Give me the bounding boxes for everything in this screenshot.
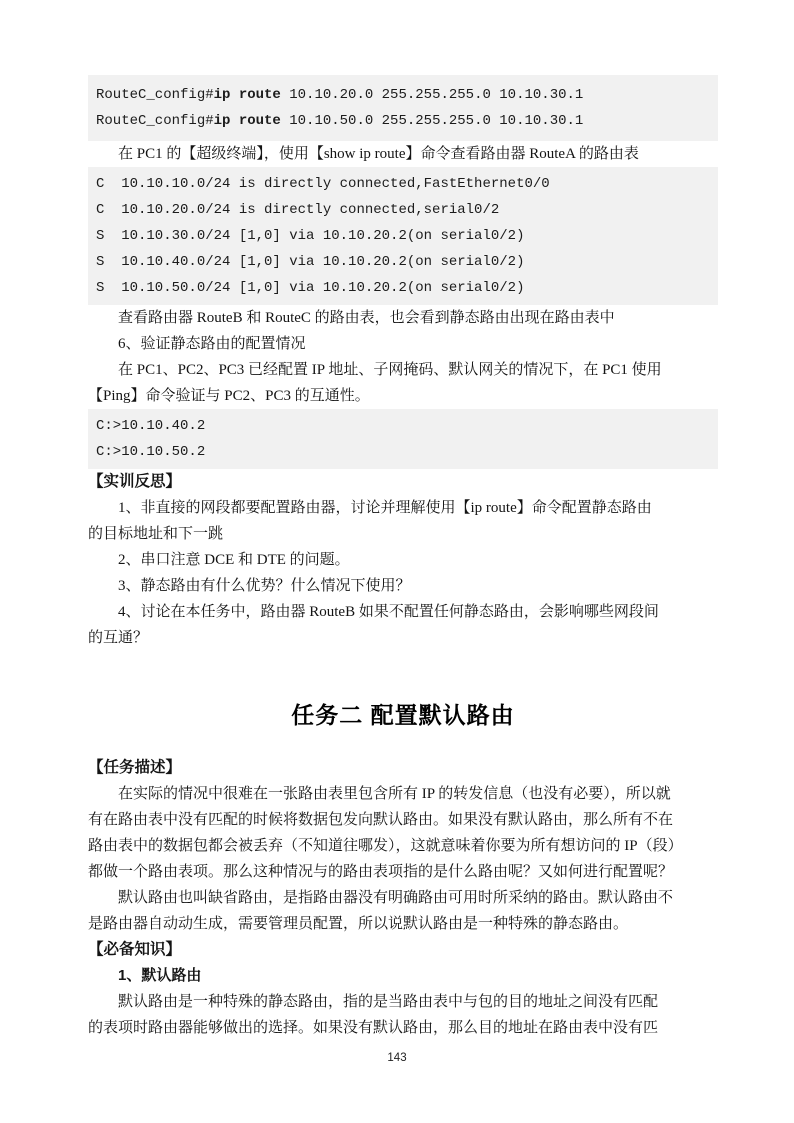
code-prompt: RouteC_config# <box>96 113 214 129</box>
route-entry: S 10.10.30.0/24 [1,0] via 10.10.20.2(on … <box>96 223 710 249</box>
paragraph-line: 1、非直接的网段都要配置路由器，讨论并理解使用【ip route】命令配置静态路… <box>88 495 718 521</box>
reflection-item-1: 1、非直接的网段都要配置路由器，讨论并理解使用【ip route】命令配置静态路… <box>88 495 718 547</box>
task-description-heading: 【任务描述】 <box>88 755 718 781</box>
paragraph-line: 默认路由也叫缺省路由，是指路由器没有明确路由可用时所采纳的路由。默认路由不 <box>88 885 718 911</box>
reflection-item-2: 2、串口注意 DCE 和 DTE 的问题。 <box>88 547 718 573</box>
code-line-ip-route-1: RouteC_config#ip route 10.10.20.0 255.25… <box>96 82 710 108</box>
paragraph-line: 路由表中的数据包都会被丢弃（不知道往哪发），这就意味着你要为所有想访问的 IP（… <box>88 833 718 859</box>
reflection-item-3: 3、静态路由有什么优势？什么情况下使用？ <box>88 573 718 599</box>
reflection-heading: 【实训反思】 <box>88 469 718 495</box>
route-entry: C 10.10.20.0/24 is directly connected,se… <box>96 197 710 223</box>
ping-command: C:>10.10.50.2 <box>96 439 710 465</box>
knowledge-subheading-default-route: 1、默认路由 <box>88 963 718 989</box>
paragraph-line: 的表项时路由器能够做出的选择。如果没有默认路由，那么目的地址在路由表中没有匹 <box>88 1015 718 1041</box>
code-args: 10.10.50.0 255.255.255.0 10.10.30.1 <box>281 113 583 129</box>
route-entry: S 10.10.50.0/24 [1,0] via 10.10.20.2(on … <box>96 275 710 301</box>
routing-table-code-block: C 10.10.10.0/24 is directly connected,Fa… <box>88 167 718 305</box>
page-content: RouteC_config#ip route 10.10.20.0 255.25… <box>88 75 718 1041</box>
paragraph-line: 的互通？ <box>88 625 718 651</box>
paragraph-line: 的目标地址和下一跳 <box>88 521 718 547</box>
paragraph-line: 是路由器自动动生成，需要管理员配置，所以说默认路由是一种特殊的静态路由。 <box>88 911 718 937</box>
reflection-item-4: 4、讨论在本任务中，路由器 RouteB 如果不配置任何静态路由，会影响哪些网段… <box>88 599 718 651</box>
paragraph-view-routers: 查看路由器 RouteB 和 RouteC 的路由表，也会看到静态路由出现在路由… <box>88 305 718 331</box>
paragraph-line: 3、静态路由有什么优势？什么情况下使用？ <box>88 573 718 599</box>
task-description-paragraph-1: 在实际的情况中很难在一张路由表里包含所有 IP 的转发信息（也没有必要），所以就… <box>88 781 718 885</box>
router-config-code-block: RouteC_config#ip route 10.10.20.0 255.25… <box>88 75 718 141</box>
task-description-paragraph-2: 默认路由也叫缺省路由，是指路由器没有明确路由可用时所采纳的路由。默认路由不 是路… <box>88 885 718 937</box>
paragraph-show-ip-route: 在 PC1 的【超级终端】，使用【show ip route】命令查看路由器 R… <box>88 141 718 167</box>
code-prompt: RouteC_config# <box>96 87 214 103</box>
paragraph-line: 4、讨论在本任务中，路由器 RouteB 如果不配置任何静态路由，会影响哪些网段… <box>88 599 718 625</box>
route-entry: S 10.10.40.0/24 [1,0] via 10.10.20.2(on … <box>96 249 710 275</box>
code-command-bold: ip route <box>214 87 281 103</box>
route-entry: C 10.10.10.0/24 is directly connected,Fa… <box>96 171 710 197</box>
page-number: 143 <box>0 1052 794 1064</box>
code-args: 10.10.20.0 255.255.255.0 10.10.30.1 <box>281 87 583 103</box>
code-command-bold: ip route <box>214 113 281 129</box>
paragraph-line: 默认路由是一种特殊的静态路由，指的是当路由表中与包的目的地址之间没有匹配 <box>88 989 718 1015</box>
step6-title: 6、验证静态路由的配置情况 <box>88 331 718 357</box>
paragraph-line: 有在路由表中没有匹配的时候将数据包发向默认路由。如果没有默认路由，那么所有不在 <box>88 807 718 833</box>
knowledge-paragraph-1: 默认路由是一种特殊的静态路由，指的是当路由表中与包的目的地址之间没有匹配 的表项… <box>88 989 718 1041</box>
paragraph-line: 在 PC1、PC2、PC3 已经配置 IP 地址、子网掩码、默认网关的情况下，在… <box>88 357 718 383</box>
paragraph-line: 2、串口注意 DCE 和 DTE 的问题。 <box>88 547 718 573</box>
document-page: RouteC_config#ip route 10.10.20.0 255.25… <box>0 0 794 1123</box>
paragraph-line: 【Ping】命令验证与 PC2、PC3 的互通性。 <box>88 383 718 409</box>
paragraph-line: 都做一个路由表项。那么这种情况与的路由表项指的是什么路由呢？又如何进行配置呢？ <box>88 859 718 885</box>
paragraph-line: 在实际的情况中很难在一张路由表里包含所有 IP 的转发信息（也没有必要），所以就 <box>88 781 718 807</box>
paragraph-verify-connectivity: 在 PC1、PC2、PC3 已经配置 IP 地址、子网掩码、默认网关的情况下，在… <box>88 357 718 409</box>
code-line-ip-route-2: RouteC_config#ip route 10.10.50.0 255.25… <box>96 108 710 134</box>
ping-code-block: C:>10.10.40.2 C:>10.10.50.2 <box>88 409 718 469</box>
ping-command: C:>10.10.40.2 <box>96 413 710 439</box>
task2-title: 任务二 配置默认路由 <box>88 697 718 733</box>
knowledge-heading: 【必备知识】 <box>88 937 718 963</box>
